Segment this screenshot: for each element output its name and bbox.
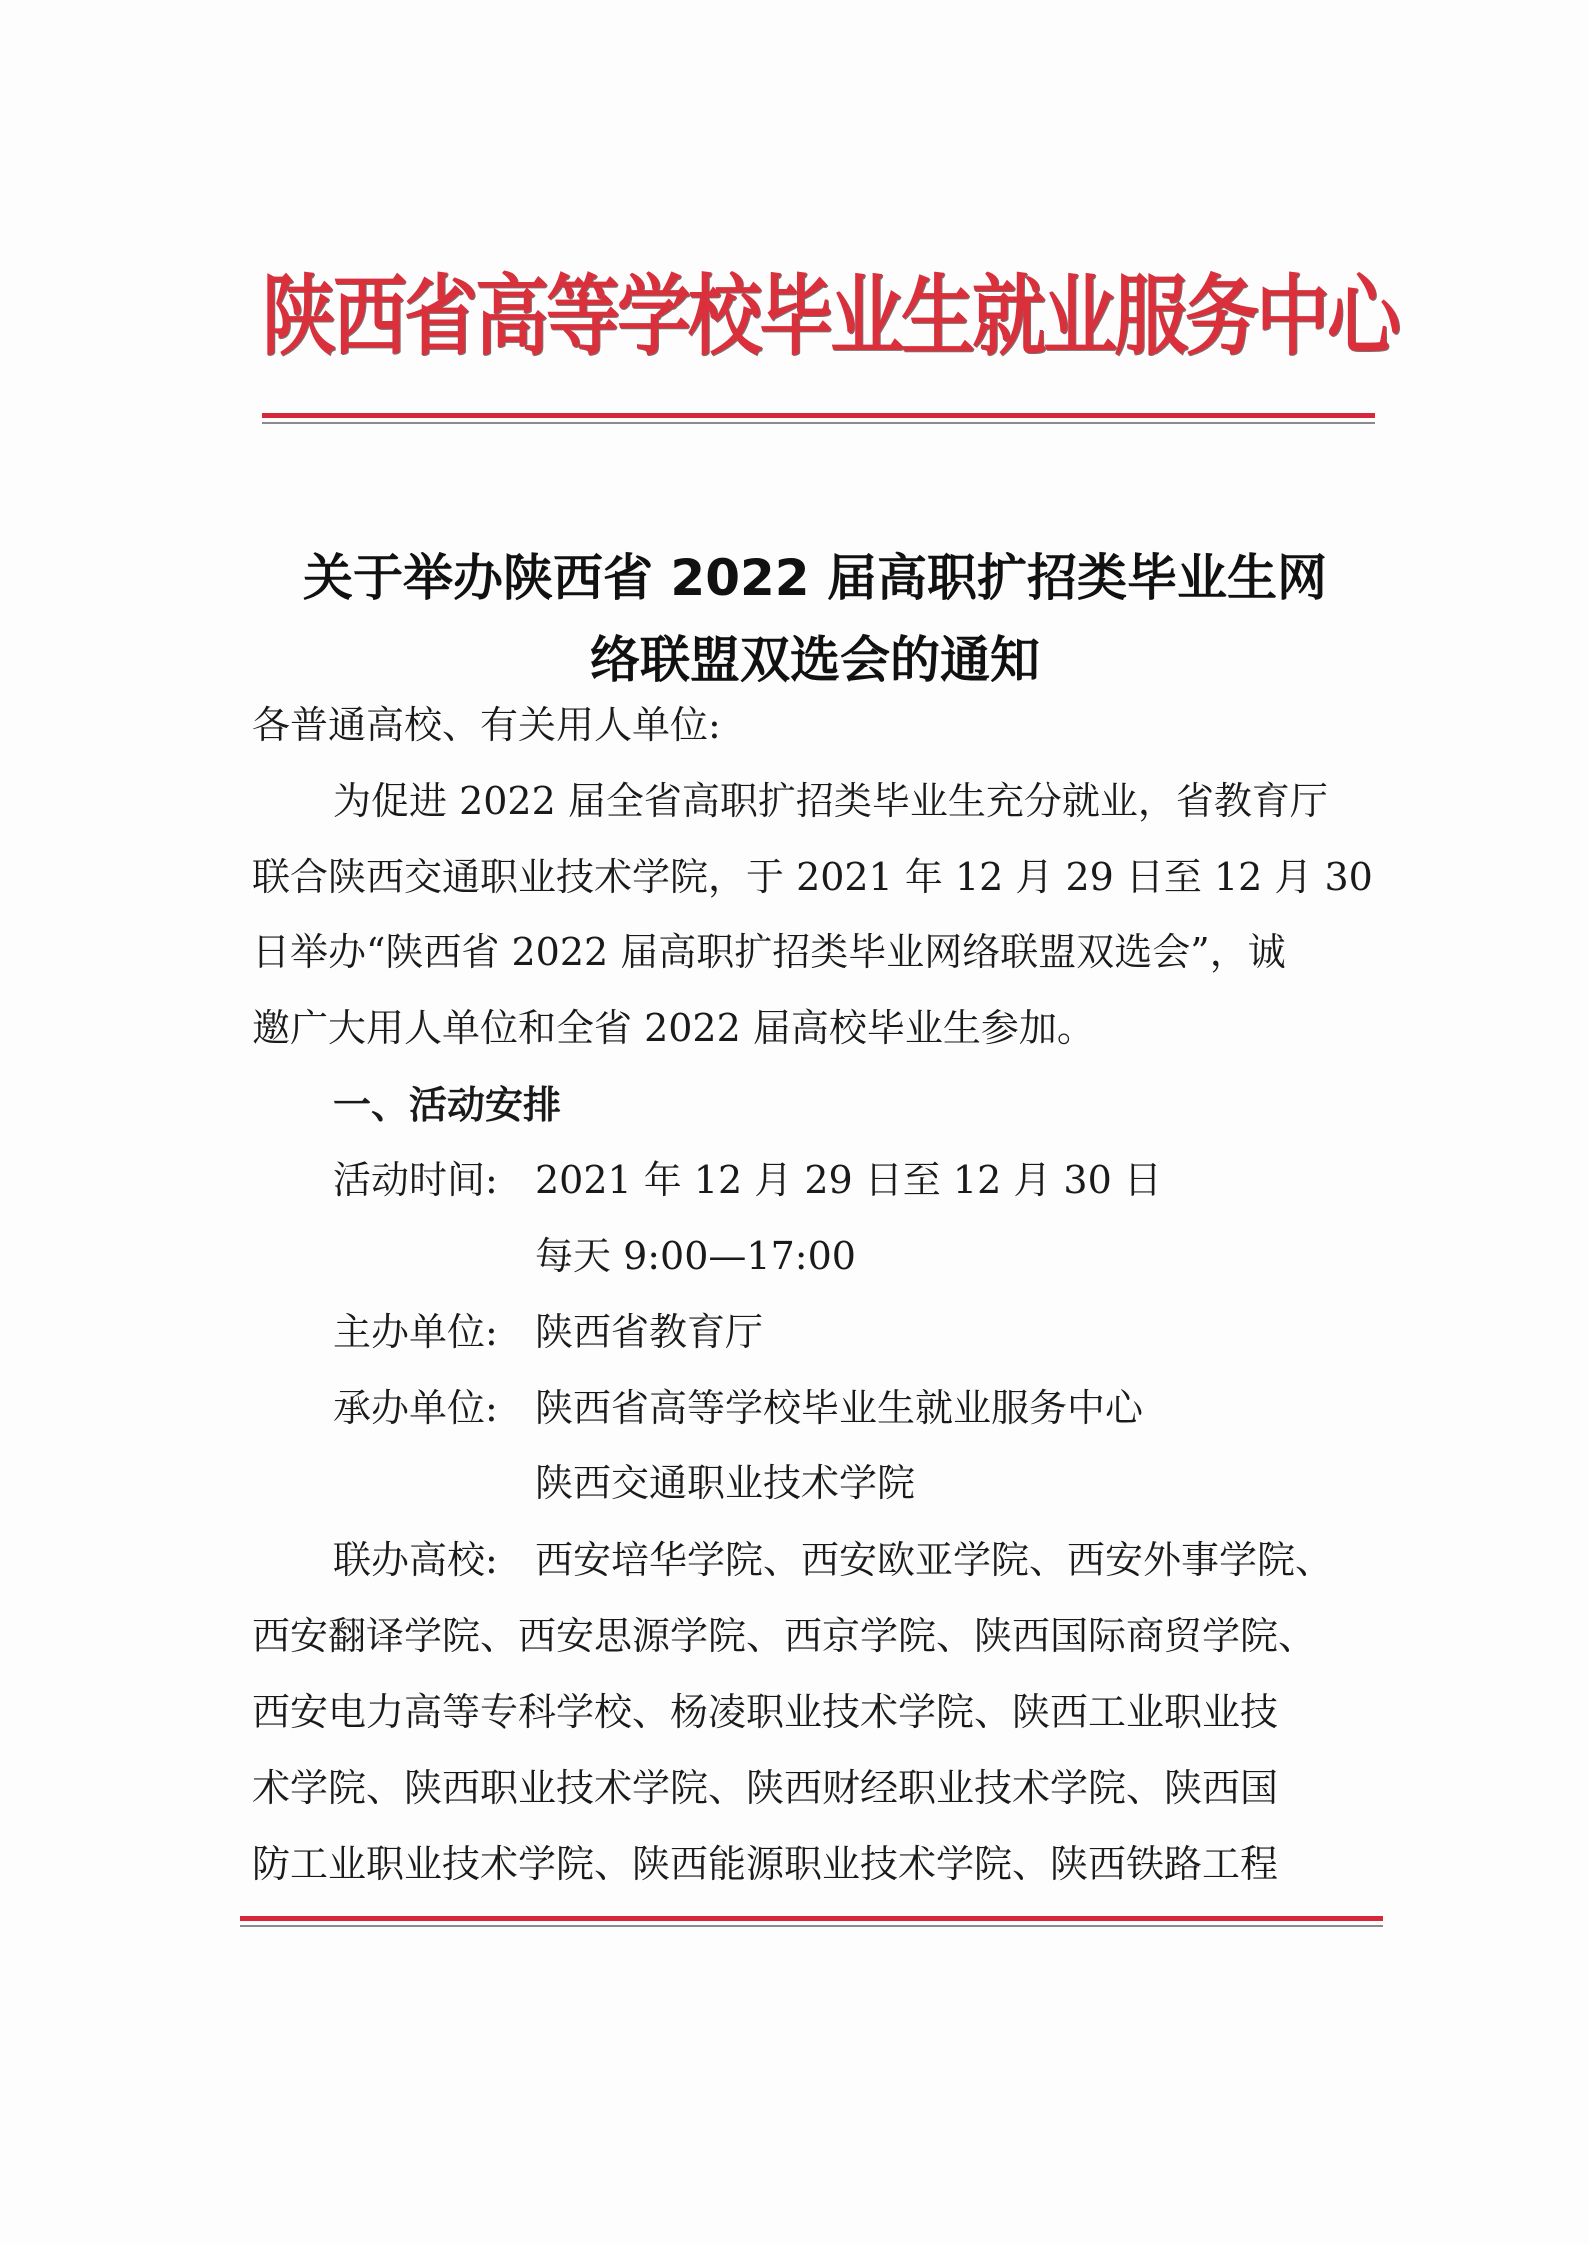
letterhead-organization: 陕西省高等学校毕业生就业服务中心 <box>262 252 1377 382</box>
host-label: 主办单位: <box>333 1307 498 1357</box>
organizer-value-2: 陕西交通职业技术学院 <box>535 1458 915 1508</box>
activity-time-value-1: 2021 年 12 月 29 日至 12 月 30 日 <box>535 1155 1162 1205</box>
section1-heading: 一、活动安排 <box>333 1080 561 1130</box>
intro-line-2: 联合陕西交通职业技术学院，于 2021 年 12 月 29 日至 12 月 30 <box>252 852 1373 902</box>
activity-time-label: 活动时间: <box>333 1155 498 1205</box>
footer-rule-thin <box>240 1925 1383 1927</box>
letterhead-rule-thick <box>262 413 1375 418</box>
intro-line-1: 为促进 2022 届全省高职扩招类毕业生充分就业，省教育厅 <box>333 776 1328 826</box>
organizer-value-1: 陕西省高等学校毕业生就业服务中心 <box>535 1383 1143 1433</box>
co-organizers-line-5: 防工业职业技术学院、陕西能源职业技术学院、陕西铁路工程 <box>252 1839 1278 1889</box>
intro-line-3: 日举办“陕西省 2022 届高职扩招类毕业网络联盟双选会”，诚 <box>252 927 1286 977</box>
co-organizers-label: 联办高校: <box>333 1535 498 1585</box>
document-title-line1: 关于举办陕西省 2022 届高职扩招类毕业生网 <box>240 548 1390 608</box>
host-value: 陕西省教育厅 <box>535 1307 763 1357</box>
co-organizers-line-2: 西安翻译学院、西安思源学院、西京学院、陕西国际商贸学院、 <box>252 1611 1316 1661</box>
intro-line-4: 邀广大用人单位和全省 2022 届高校毕业生参加。 <box>252 1003 1095 1053</box>
document-page: 陕西省高等学校毕业生就业服务中心 关于举办陕西省 2022 届高职扩招类毕业生网… <box>0 0 1589 2245</box>
salutation: 各普通高校、有关用人单位: <box>252 700 721 750</box>
co-organizers-line-4: 术学院、陕西职业技术学院、陕西财经职业技术学院、陕西国 <box>252 1763 1278 1813</box>
organizer-label: 承办单位: <box>333 1383 498 1433</box>
co-organizers-line-3: 西安电力高等专科学校、杨凌职业技术学院、陕西工业职业技 <box>252 1687 1278 1737</box>
activity-time-value-2: 每天 9:00—17:00 <box>535 1231 856 1281</box>
document-title-line2: 络联盟双选会的通知 <box>240 630 1390 690</box>
co-organizers-line-1: 西安培华学院、西安欧亚学院、西安外事学院、 <box>535 1535 1333 1585</box>
letterhead-rule-thin <box>262 422 1375 424</box>
footer-rule-thick <box>240 1916 1383 1921</box>
